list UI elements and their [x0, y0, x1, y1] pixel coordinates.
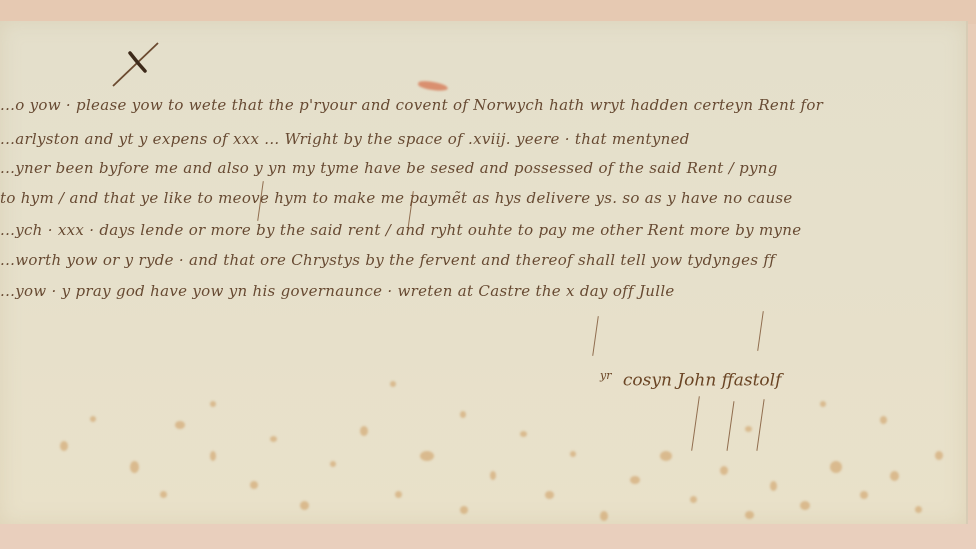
signature-flourish — [756, 399, 764, 451]
letter-line-1: ...o yow · please yow to wete that the p… — [0, 96, 823, 114]
letter-line-4: to hym / and that ye like to meove hym t… — [0, 189, 793, 207]
letter-line-3: ...yner been byfore me and also y yn my … — [0, 159, 778, 177]
signature: yr cosyn John ffastolf — [600, 369, 781, 391]
cross-mark-icon — [110, 41, 160, 91]
signature-flourish — [691, 396, 700, 451]
signature-prefix: yr — [600, 369, 611, 382]
letter-line-5: ...ych · xxx · days lende or more by the… — [0, 221, 801, 239]
signature-name: cosyn John ffastolf — [623, 371, 782, 391]
letter-line-7: ...yow · y pray god have yow yn his gove… — [0, 282, 675, 300]
descender-flourish — [757, 311, 764, 351]
letter-line-2: ...arlyston and yt y expens of xxx ... W… — [0, 130, 690, 148]
letter-paper: ...o yow · please yow to wete that the p… — [0, 21, 968, 524]
red-wax-mark — [418, 80, 449, 92]
mount-border-bottom — [0, 520, 976, 549]
descender-flourish — [592, 316, 599, 356]
signature-flourish — [727, 401, 735, 451]
letter-line-6: ...worth yow or y ryde · and that ore Ch… — [0, 251, 775, 269]
